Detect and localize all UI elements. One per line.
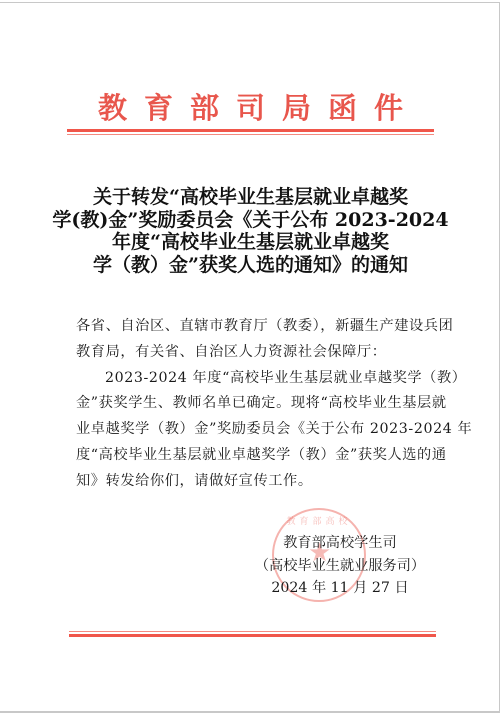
salutation: 各省、自治区、直辖市教育厅（教委），新疆生产建设兵团 教育局，有关省、自治区人力… (76, 314, 436, 366)
salutation-line: 各省、自治区、直辖市教育厅（教委），新疆生产建设兵团 (76, 314, 436, 340)
signature-org: 教育部高校学生司 (230, 532, 450, 555)
salutation-line: 教育局，有关省、自治区人力资源社会保障厅： (76, 340, 436, 366)
divider-thin-line (69, 631, 436, 632)
title-line: 年度“高校毕业生基层就业卓越奖 (30, 231, 471, 254)
title-line: 学(教)金”奖励委员会《关于公布 2023-2024 (30, 209, 471, 232)
title-line: 学（教）金”获奖人选的通知》的通知 (30, 254, 471, 277)
body-line: 2023-2024 年度“高校毕业生基层就业卓越奖学（教） (76, 366, 436, 392)
seal-text: 教育部高校 (274, 514, 364, 527)
divider-thick-line (69, 634, 436, 637)
letterhead-divider (67, 129, 434, 135)
signature-org-alt: （高校毕业生就业服务司） (230, 555, 450, 578)
letterhead-title: 教育部司局函件 (0, 86, 501, 127)
footer-divider (69, 631, 436, 637)
body-paragraph: 2023-2024 年度“高校毕业生基层就业卓越奖学（教） 金”获奖学生、教师名… (76, 366, 436, 495)
document-title: 关于转发“高校毕业生基层就业卓越奖 学(教)金”奖励委员会《关于公布 2023-… (30, 186, 471, 276)
document-body: 各省、自治区、直辖市教育厅（教委），新疆生产建设兵团 教育局，有关省、自治区人力… (76, 314, 436, 495)
signature-block: 教育部高校学生司 （高校毕业生就业服务司） 2024 年 11 月 27 日 (230, 532, 450, 600)
body-line: 知》转发给你们，请做好宣传工作。 (76, 469, 436, 495)
title-line: 关于转发“高校毕业生基层就业卓越奖 (30, 186, 471, 209)
body-line: 业卓越奖学（教）金”奖励委员会《关于公布 2023-2024 年 (76, 417, 436, 443)
body-line: 金”获奖学生、教师名单已确定。现将“高校毕业生基层就 (76, 391, 436, 417)
divider-thin-line (67, 134, 434, 135)
signature-date: 2024 年 11 月 27 日 (230, 577, 450, 600)
body-line: 度“高校毕业生基层就业卓越奖学（教）金”获奖人选的通 (76, 443, 436, 469)
divider-thick-line (67, 129, 434, 132)
